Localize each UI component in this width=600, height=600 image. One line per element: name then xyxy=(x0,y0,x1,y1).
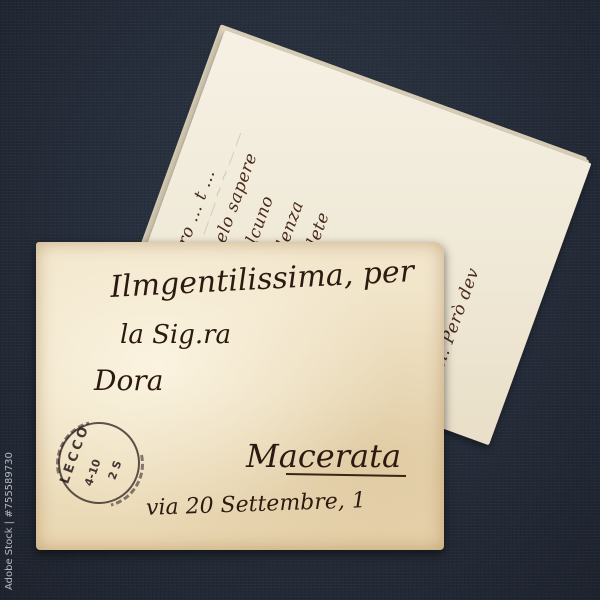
address-title: la Sig.ra xyxy=(120,320,231,350)
postmark-stamp: LECCO 4-10 2 S xyxy=(46,410,151,515)
stock-watermark: Adobe Stock | #755589730 xyxy=(4,452,15,590)
postmark-date: 4-10 xyxy=(82,458,104,488)
photo-scene: — — ~ ~ — — ... ro ... t ... lasciamelo … xyxy=(0,0,600,600)
address-salutation: Ilmgentilissima, per xyxy=(109,254,415,305)
address-city: Macerata xyxy=(246,437,401,475)
address-name: Dora xyxy=(94,364,163,397)
envelope: Ilmgentilissima, per la Sig.ra Dora Mace… xyxy=(36,242,444,550)
postmark-time: 2 S xyxy=(106,459,125,482)
address-street: via 20 Settembre, 1 xyxy=(146,488,367,521)
